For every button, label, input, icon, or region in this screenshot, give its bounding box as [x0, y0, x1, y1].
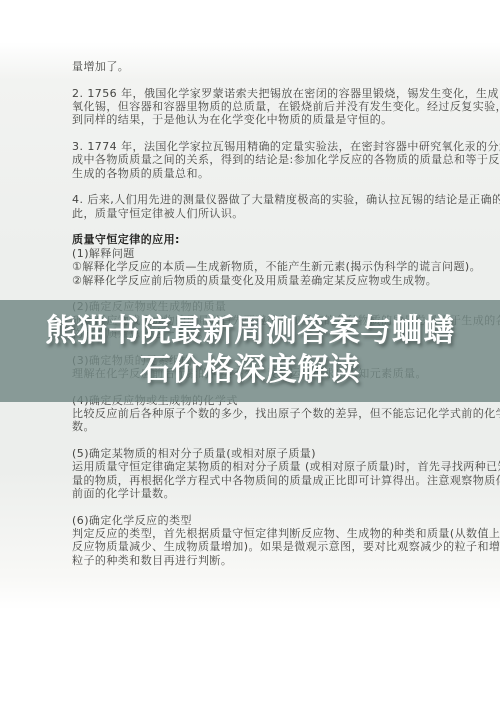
- text-line: 3. 1774 年，法国化学家拉瓦锡用精确的定量实验法，在密封容器中研究氧化汞的…: [72, 140, 472, 153]
- blank-line: [72, 220, 472, 233]
- text-line: 量增加了。: [72, 60, 472, 73]
- text-line: 质量守恒定律的应用:: [72, 233, 472, 246]
- text-line: 2. 1756 年，俄国化学家罗蒙诺索夫把锡放在密闭的容器里锻烧，锡发生变化，生…: [72, 87, 472, 100]
- text-line: ②解释化学反应前后物质的质量变化及用质量差确定某反应物或生成物。: [72, 274, 472, 287]
- text-line: 生成的各物质的质量总和。: [72, 167, 472, 180]
- text-line: 数。: [72, 420, 472, 433]
- text-line: 反应物质量减少、生成物质量增加)。如果是微观示意图，要对比观察减少的粒子和增加的: [72, 540, 472, 553]
- text-line: 粒子的种类和数目再进行判断。: [72, 554, 472, 567]
- text-line: 此，质量守恒定律被人们所认识。: [72, 207, 472, 220]
- overlay-title-line-2: 石价格深度解读: [0, 351, 500, 390]
- blank-line: [72, 180, 472, 193]
- blank-line: [72, 287, 472, 300]
- blank-line: [72, 127, 472, 140]
- text-line: 前面的化学计量数。: [72, 487, 472, 500]
- text-line: 4. 后来,人们用先进的测量仪器做了大量精度极高的实验，确认拉瓦锡的结论是正确的…: [72, 193, 472, 206]
- text-line: (5)确定某物质的相对分子质量(或相对原子质量): [72, 447, 472, 460]
- text-line: 氧化锡，但容器和容器里物质的总质量，在锻烧前后并没有发生变化。经过反复实验，都得: [72, 100, 472, 113]
- blank-line: [72, 73, 472, 86]
- text-line: 判定反应的类型，首先根据质量守恒定律判断反应物、生成物的种类和质量(从数值上看，: [72, 527, 472, 540]
- overlay-title-line-1: 熊猫书院最新周测答案与蛐蟮: [0, 312, 500, 351]
- text-line: 运用质量守恒定律确定某物质的相对分子质量 (或相对原子质量)时，首先寻找两种已知…: [72, 460, 472, 473]
- text-line: ①解释化学反应的本质—生成新物质，不能产生新元素(揭示伪科学的谎言问题)。: [72, 260, 472, 273]
- text-line: 到同样的结果，于是他认为在化学变化中物质的质量是守恒的。: [72, 113, 472, 126]
- blank-line: [72, 500, 472, 513]
- document-page: 量增加了。 2. 1756 年，俄国化学家罗蒙诺索夫把锡放在密闭的容器里锻烧，锡…: [0, 0, 500, 707]
- text-line: 比较反应前后各种原子个数的多少，找出原子个数的差异，但不能忘记化学式前的化学计量: [72, 407, 472, 420]
- text-line: 量的物质，再根据化学方程式中各物质间的质量成正比即可计算得出。注意观察物质化学式: [72, 474, 472, 487]
- title-overlay: 熊猫书院最新周测答案与蛐蟮 石价格深度解读: [0, 300, 500, 402]
- blank-line: [72, 434, 472, 447]
- text-line: (1)解释问题: [72, 247, 472, 260]
- text-line: 成中各物质质量之间的关系，得到的结论是:参加化学反应的各物质的质量总和等于反应后: [72, 153, 472, 166]
- text-line: (6)确定化学反应的类型: [72, 514, 472, 527]
- overlay-title: 熊猫书院最新周测答案与蛐蟮 石价格深度解读: [0, 312, 500, 390]
